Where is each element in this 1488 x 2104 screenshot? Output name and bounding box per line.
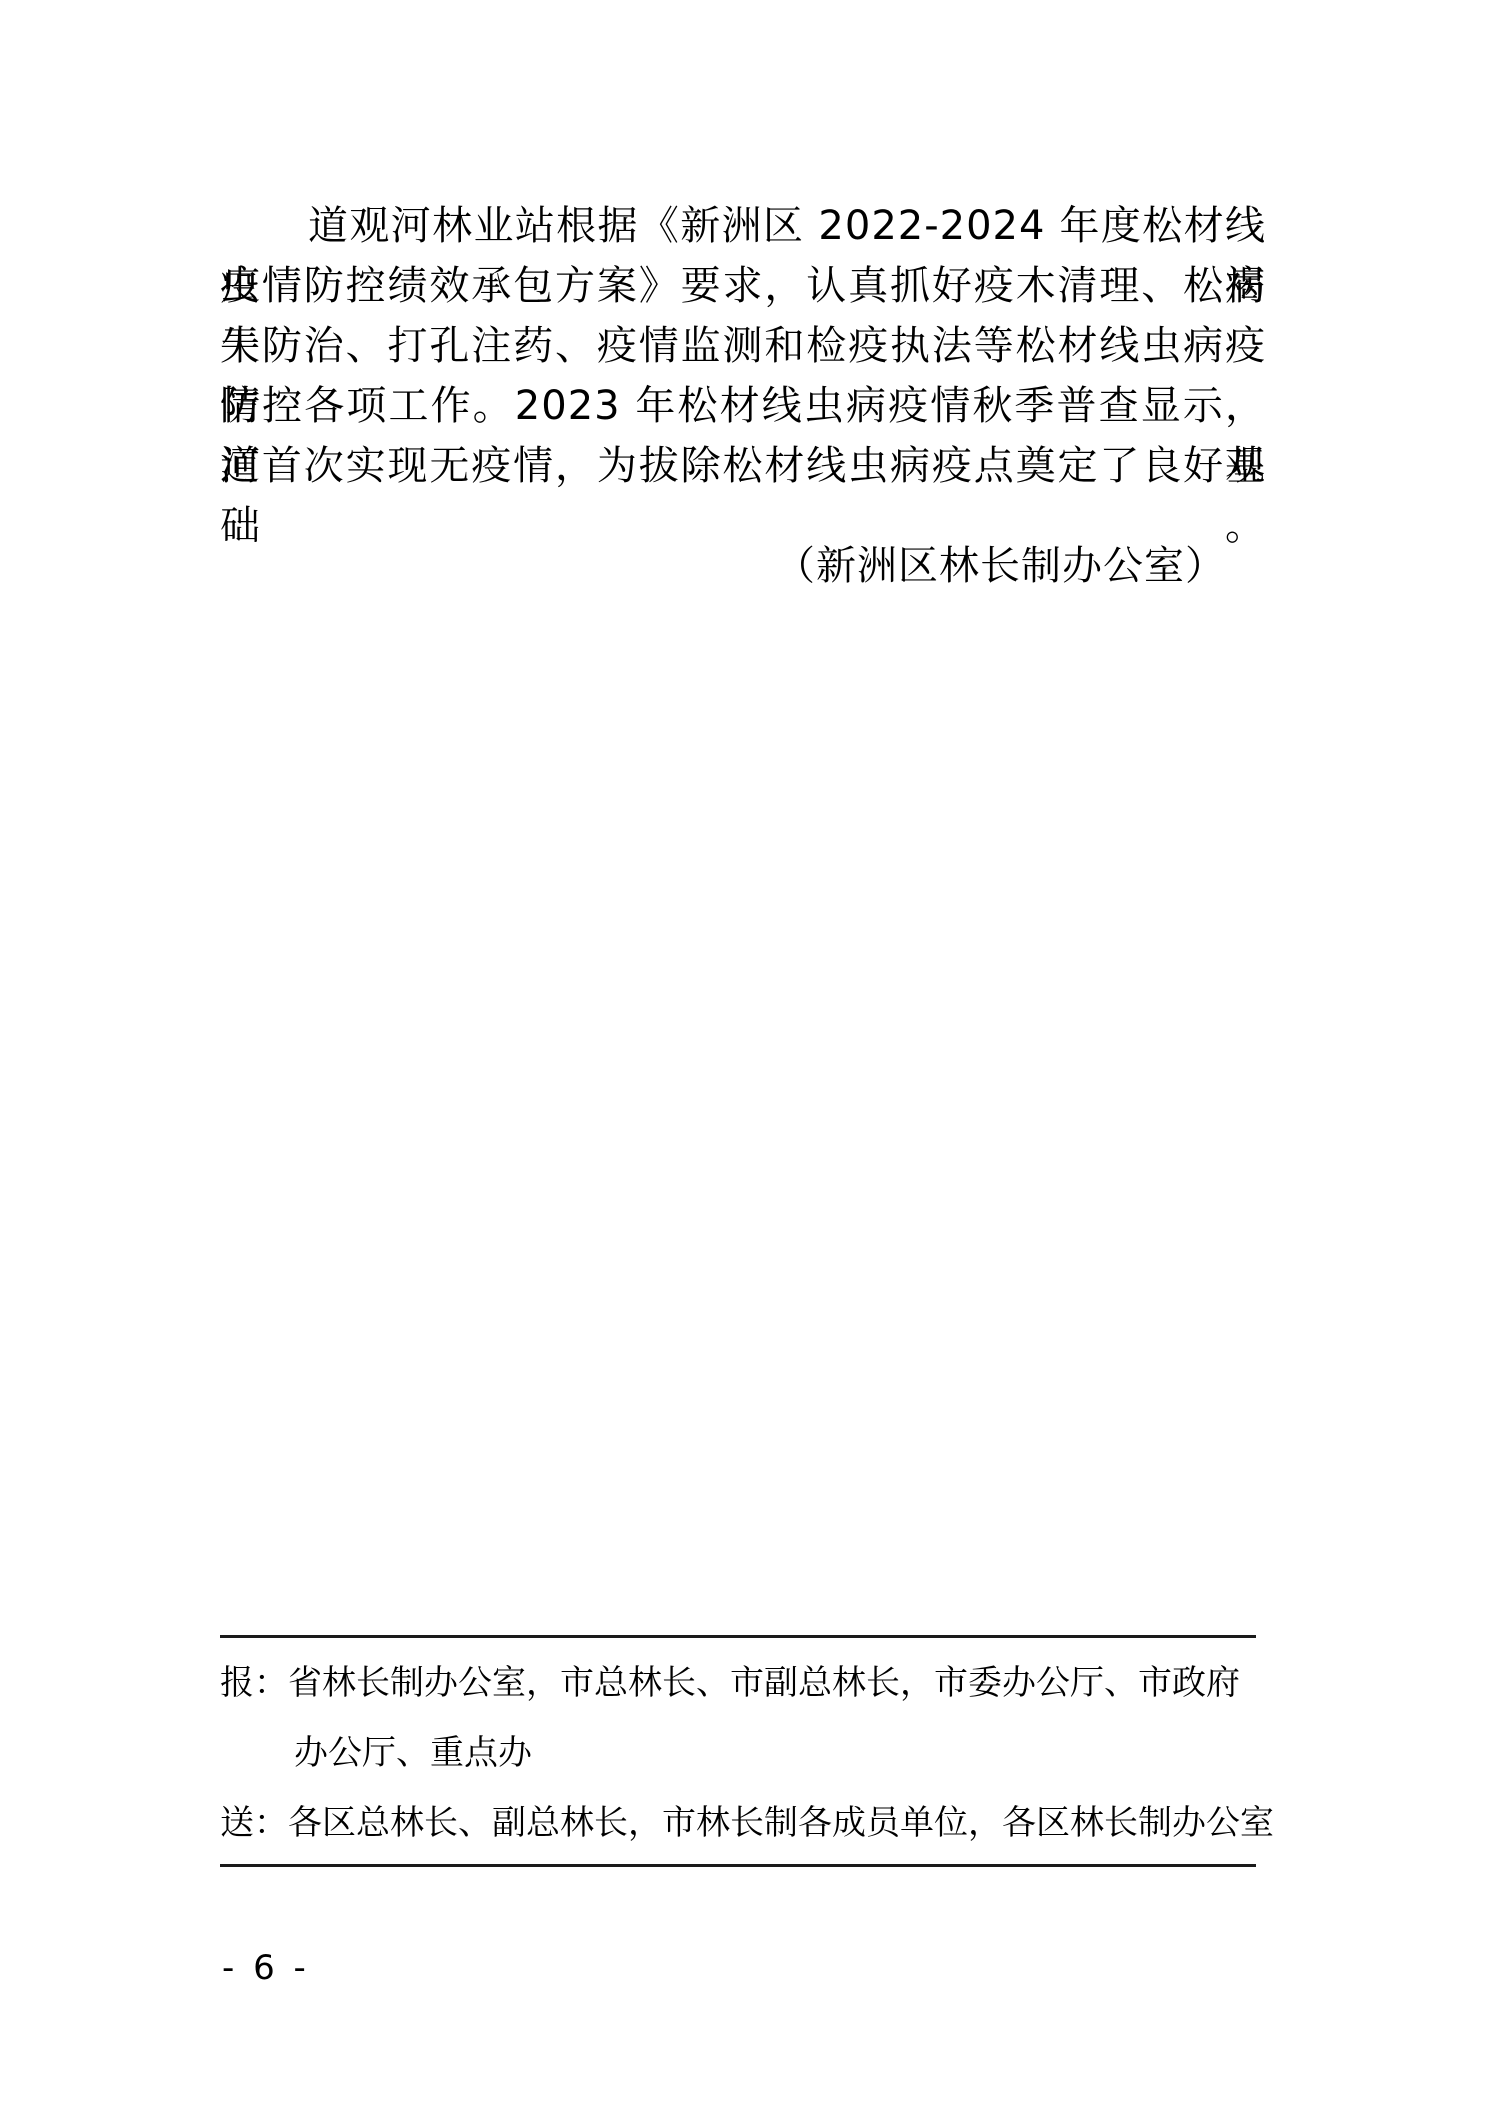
paragraph-line: 牛防治、打孔注药、疫情监测和检疫执法等松材线虫病疫情 xyxy=(220,316,1266,376)
footer-distribution: 报：省林长制办公室，市总林长、市副总林长，市委办公厅、市政府 办公厅、重点办 送… xyxy=(220,1635,1256,1867)
paragraph-line: 河首次实现无疫情，为拔除松材线虫病疫点奠定了良好基础。 xyxy=(220,436,1266,496)
paragraph-line: 疫情防控绩效承包方案》要求，认真抓好疫木清理、松褐天 xyxy=(220,256,1266,316)
send-line: 送：各区总林长、副总林长，市林长制各成员单位，各区林长制办公室 xyxy=(220,1788,1256,1858)
body-paragraph: 道观河林业站根据《新洲区 2022-2024 年度松材线虫病 疫情防控绩效承包方… xyxy=(220,196,1266,596)
page-number: - 6 - xyxy=(222,1948,310,1988)
footer-bottom-rule xyxy=(220,1864,1256,1867)
report-line-continuation: 办公厅、重点办 xyxy=(220,1718,1256,1788)
paragraph-line: 防控各项工作。2023 年松材线虫病疫情秋季普查显示，道观 xyxy=(220,376,1266,436)
paragraph-line: 道观河林业站根据《新洲区 2022-2024 年度松材线虫病 xyxy=(220,196,1266,256)
report-line: 报：省林长制办公室，市总林长、市副总林长，市委办公厅、市政府 xyxy=(220,1648,1256,1718)
footer-lines: 报：省林长制办公室，市总林长、市副总林长，市委办公厅、市政府 办公厅、重点办 送… xyxy=(220,1638,1256,1864)
